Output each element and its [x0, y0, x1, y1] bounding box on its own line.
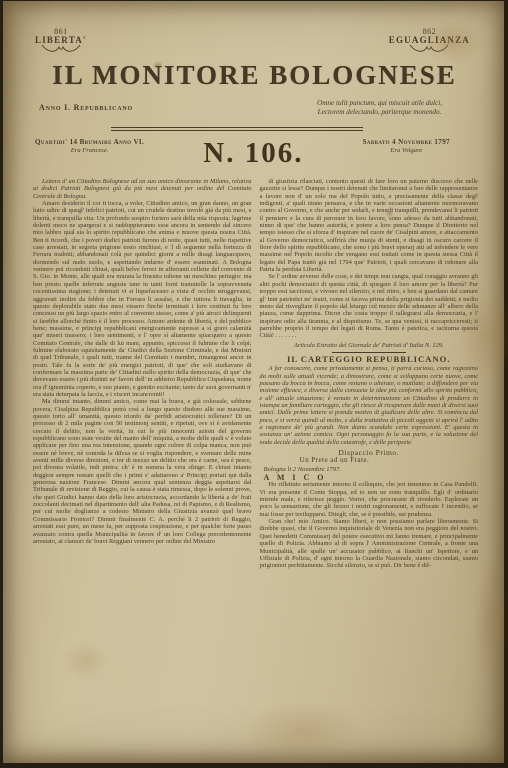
masthead: 861 LIBERTA' 862 EGUAGLIANZA IL MONITORE… — [3, 1, 504, 168]
paper-stain — [63, 641, 109, 681]
year-line: Anno I. Repubblicano — [39, 99, 133, 117]
right-column: di giustizia rilasciati, contento questi… — [260, 178, 479, 570]
article-body: Lettera d' un Cittadino Bolognese ad un … — [3, 168, 504, 570]
swash-ornament-left — [41, 43, 81, 52]
masthead-left-corner: 861 LIBERTA' — [35, 27, 87, 52]
epigraph-line-1: Omne tulit punctum, qui miscuit utile du… — [317, 99, 442, 108]
epigraph-line-2: Lectorem delectando, pariterque monendo. — [317, 108, 442, 117]
dispatch-title: Dispaccio Primo. — [260, 449, 479, 456]
french-date-block: Quartidi' 14 Brumaire Anno VI. Era Franc… — [35, 138, 144, 154]
right-paragraph-1: di giustizia rilasciati, contento questi… — [260, 178, 479, 273]
right-paragraph-4: Gran che! mio Amico. Siamo liberi, e non… — [260, 518, 479, 569]
swash-ornament-right — [409, 43, 449, 52]
right-paragraph-2: Se l' ordine avverso delle cose, e dei t… — [260, 273, 479, 339]
dispatch-salutation: A M I C O — [260, 474, 479, 481]
section-divider-rule — [332, 352, 406, 353]
latin-epigraph: Omne tulit punctum, qui miscuit utile du… — [317, 99, 472, 117]
issue-number: N. 106. — [203, 138, 303, 168]
masthead-right-corner: 862 EGUAGLIANZA — [389, 27, 470, 52]
dispatch-dateline: Bologna li 2 Novembre 1797. — [260, 466, 479, 473]
french-republican-date: Quartidi' 14 Brumaire Anno VI. — [35, 138, 144, 146]
paper-stain — [243, 701, 363, 761]
letter-intro: Lettera d' un Cittadino Bolognese ad un … — [33, 178, 252, 200]
french-era-label: Era Francese. — [71, 147, 109, 154]
newspaper-page: 861 LIBERTA' 862 EGUAGLIANZA IL MONITORE… — [3, 1, 504, 763]
gregorian-date: Sabbato 4 Novembre 1797 — [363, 138, 450, 146]
paper-stain — [473, 561, 507, 681]
header-rule — [111, 127, 363, 131]
left-paragraph-1: Amaro desiderio il cor ti tocca, a voler… — [33, 200, 252, 398]
left-column: Lettera d' un Cittadino Bolognese ad un … — [33, 178, 252, 570]
article-attribution: Articolo Estratto del Giornale de' Patri… — [260, 342, 479, 349]
vulgar-era-label: Era Volgare — [390, 147, 422, 154]
newspaper-title: IL MONITORE BOLOGNESE — [33, 60, 476, 91]
vulgar-date-block: Sabbato 4 Novembre 1797 Era Volgare — [363, 138, 450, 154]
section-intro: A far conoscere, come privatamente si pe… — [260, 365, 479, 446]
dispatch-subtitle: Un Prete ad un Frate. — [260, 457, 479, 464]
right-paragraph-3: Ho riflettuto seriamente intorno il coll… — [260, 481, 479, 518]
section-title: IL CARTEGGIO REPUBBLICANO. — [260, 356, 479, 363]
dateline-row: Quartidi' 14 Brumaire Anno VI. Era Franc… — [33, 138, 476, 168]
left-paragraph-2: Ma dimmi intanto, dimmi amico, come mai … — [33, 398, 252, 545]
